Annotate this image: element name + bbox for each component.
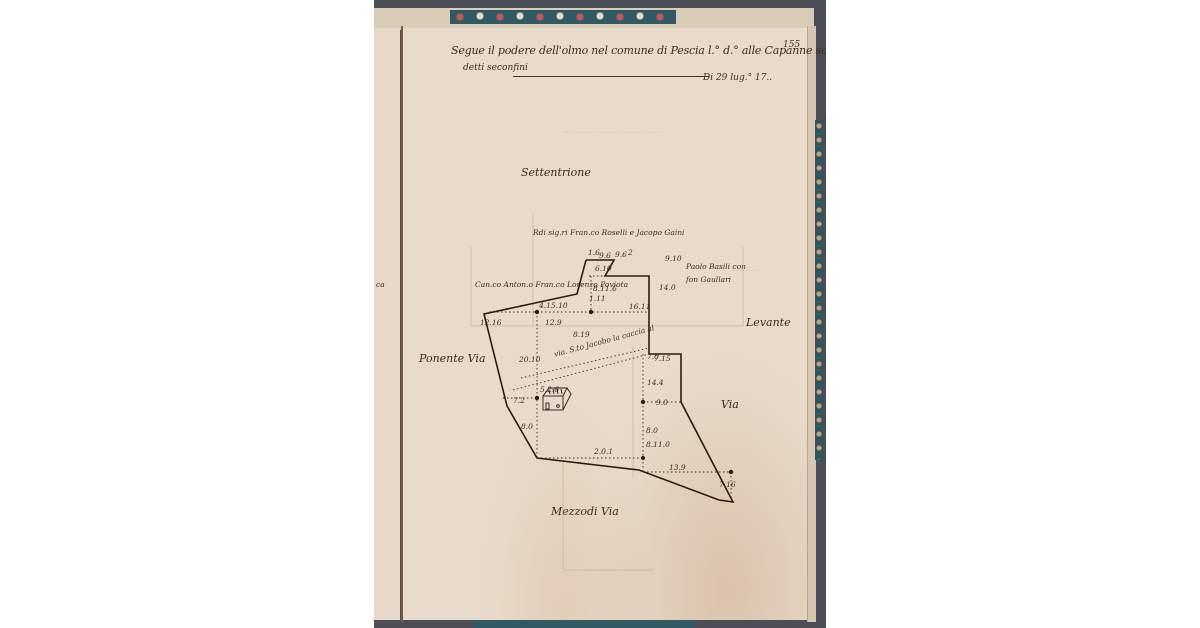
measurement-label: 6.10 <box>595 264 612 273</box>
left-page-edge: ca <box>374 28 400 620</box>
parcel-boundary <box>484 260 733 502</box>
measurement-label: 9.6 <box>599 251 611 260</box>
measurement-label: 1.11 <box>589 294 606 303</box>
measurement-label: 9.10 <box>665 254 682 263</box>
measurement-label: 8.11.6 <box>593 284 617 293</box>
measurement-label: 8.0 <box>521 422 533 431</box>
measurement-label: 7.0 <box>647 352 659 361</box>
measurement-label: 2 <box>628 248 633 257</box>
measurement-label: 9.0 <box>656 398 668 407</box>
measurement-label: 7.2 <box>513 396 525 405</box>
measurement-label: 8.19 <box>573 330 590 339</box>
measurement-label: 9.6 <box>615 250 627 259</box>
measurement-label: 4.15.10 <box>539 301 568 310</box>
measurement-label: 12.9 <box>545 318 562 327</box>
measurement-label: 2.0.1 <box>594 447 613 456</box>
marbled-cover-bottom <box>474 620 694 628</box>
measurement-label: 20.10 <box>519 355 540 364</box>
measurement-label: 16.11 <box>629 302 650 311</box>
marbled-cover-top <box>450 10 676 24</box>
land-parcel-plan <box>403 28 807 620</box>
manuscript-scan: ca …………………………… ……… 155 Segue il podere d… <box>374 0 826 628</box>
left-margin-fragment: ca <box>376 280 385 289</box>
measurement-label: 5.2.6 <box>540 385 559 394</box>
measurement-label: 8.0 <box>646 426 658 435</box>
measurement-label: 7.16 <box>719 480 736 489</box>
measurement-label: 14.0 <box>659 283 676 292</box>
manuscript-page: …………………………… ……… 155 Segue il podere dell… <box>403 28 807 620</box>
measurement-label: 13.9 <box>669 463 686 472</box>
marbled-cover-right <box>815 120 823 460</box>
measurement-label: 8.11.0 <box>646 440 670 449</box>
measurement-label: 14.4 <box>647 378 664 387</box>
measurement-label: 12.16 <box>480 318 501 327</box>
